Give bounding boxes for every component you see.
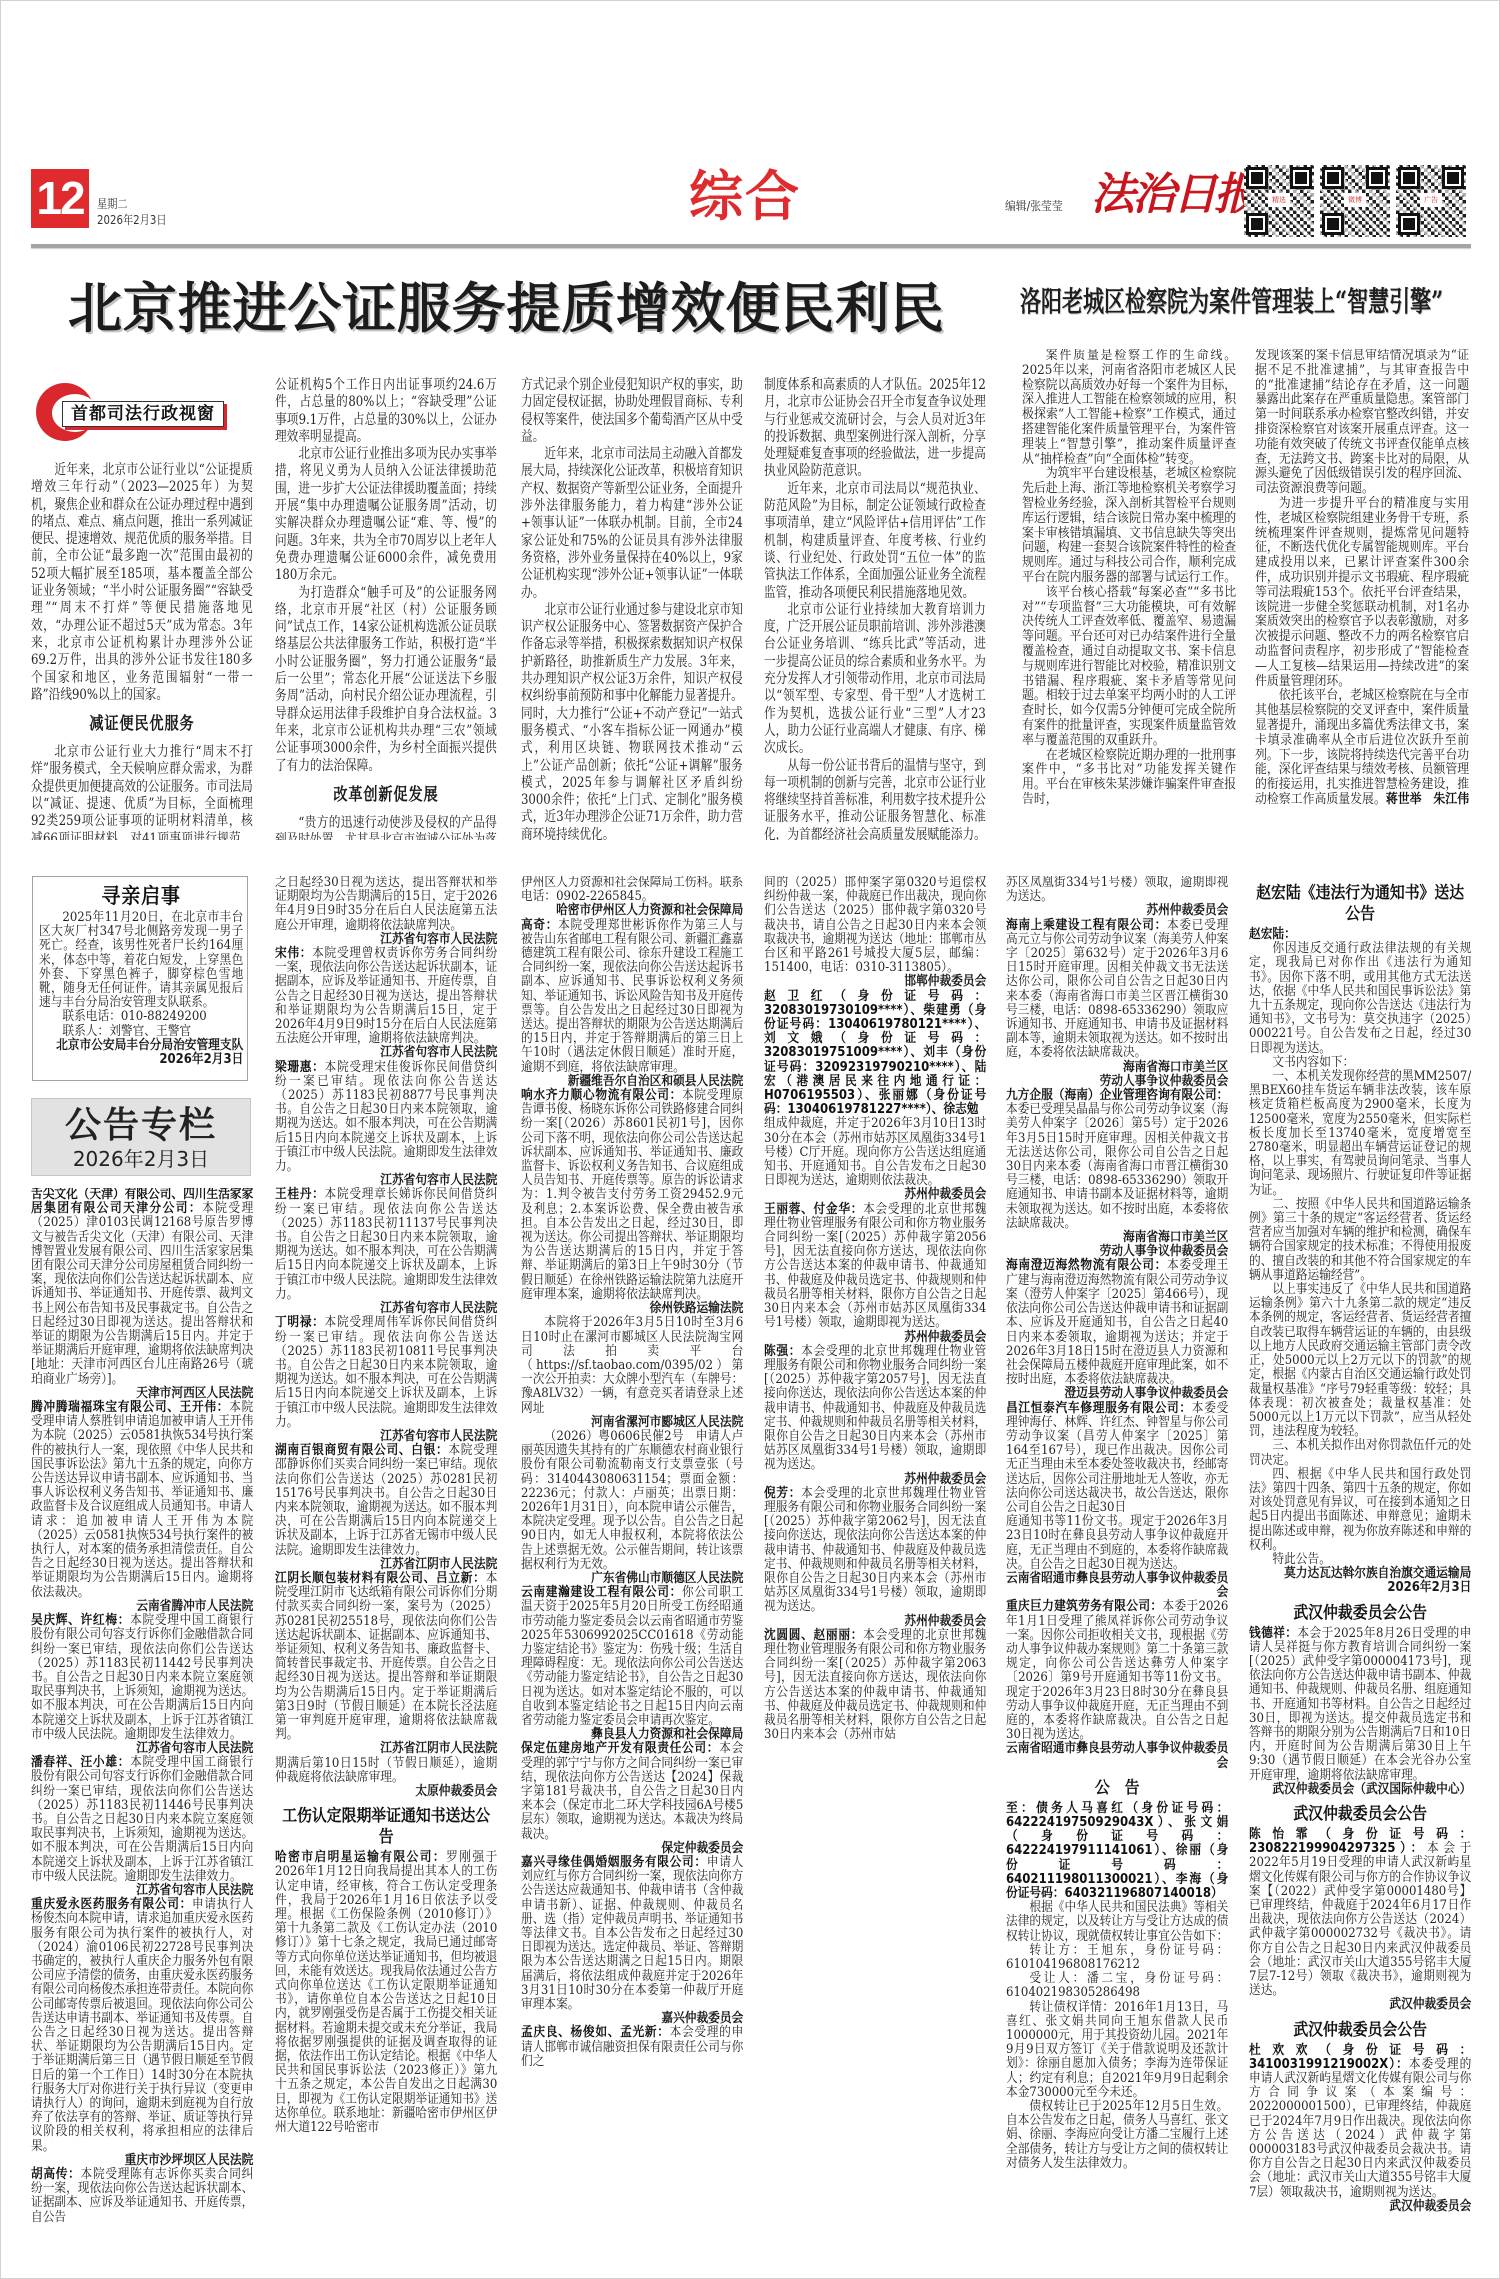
paragraph: 三、本机关拟作出对你罚款伍仟元的处罚决定。 <box>1249 1439 1471 1467</box>
notice-party: 保定伍建房地产开发有限责任公司： <box>521 1741 719 1756</box>
issuer-signature: 江苏省句容市人民法院 <box>275 1046 497 1060</box>
notice-item: 重庆巨力建筑劳务有限公司：本委于2026年1月1日受理了熊凤祥诉你公司劳动争议一… <box>1006 1600 1228 1742</box>
notice-body: 申请执行人杨俊杰向本院申请，请求追加重庆爱永医药服务有限公司为执行案件的被执行人… <box>31 1897 253 2153</box>
notice-body: 本院受理江阴市飞达纸箱有限公司诉你们分期付款买卖合同纠纷一案，案号为（2025）… <box>275 1571 497 1742</box>
newspaper-page: 12 星期二 2026年2月3日 综合 编辑/张莹莹 法治日报 精选 微博 广告… <box>0 0 1500 2279</box>
main-article-column-1: 近年来，北京市公证行业以“公证提质增效三年行动”（2023—2025年）为契机，… <box>31 462 253 840</box>
notice-party: 湖南百银商贸有限公司、白银： <box>275 1443 448 1458</box>
notice-item: 宋伟：本院受理曾权责诉你劳务合同纠纷一案，现依法向你公告送达起诉状副本，证据副本… <box>275 947 497 1046</box>
notice-item: 倪芳：本会受理的北京世邦魏理仕物业管理服务有限公司和你物业服务合同纠纷一案[（2… <box>764 1487 986 1615</box>
notice-body: 本会于2022年5月19日受理的申请人武汉新屿星熠文化传媒有限公司与你方的合作协… <box>1249 1841 1471 1998</box>
notice-item: 丁明禄：本院受理周伟军诉你民间借贷纠纷一案已审结。现依法向你公告送达（2025）… <box>275 1316 497 1430</box>
main-article-column-2: 公证机构5个工作日内出证事项约24.6万件，占总量的80%以上；“容缺受理”公证… <box>275 377 497 840</box>
notice-body: 本院受理郑世彬诉你作为第三人与被告山东省邮电工程有限公司、新疆汇鑫嘉德建筑工程有… <box>521 918 743 1075</box>
notice-body: 本院受理邵静诉你们买卖合同纠纷一案已审结。现依法向你们公告送达（2025）苏02… <box>275 1443 497 1557</box>
subheading: 减证便民优服务 <box>31 713 253 735</box>
notice-item: 梁珊惠：本院受理宋佳俊诉你民间借贷纠纷一案已审结。现依法向你公告送达（2025）… <box>275 1061 497 1175</box>
paragraph: 债权转让已于2025年12月5日生效。自本公告发布之日起，债务人马喜红、张文娟、… <box>1006 2100 1228 2171</box>
qr-code-icon: 广告 <box>1396 165 1466 237</box>
paragraph: 北京市公证行业持续加大教育培训力度，广泛开展公证员职前培训、涉外涉港澳台公证业务… <box>764 602 986 758</box>
issuer-signature: 云南省昭通市彝良县劳动人事争议仲裁委员会 <box>1006 1572 1228 1600</box>
paragraph-continued: 苏区凤凰街334号1号楼）领取，逾期即视为送达。 <box>1006 876 1228 904</box>
notice-body: 罗刚强于2026年1月12日向我局提出其本人的工伤认定申请，经审核，符合工伤认定… <box>275 1850 497 2135</box>
notice-title: 赵宏陆《违法行为通知书》送达公告 <box>1249 882 1471 924</box>
notice-item: 高奇：本院受理郑世彬诉你作为第三人与被告山东省邮电工程有限公司、新疆汇鑫嘉德建筑… <box>521 919 743 1075</box>
qr-code-group: 精选 微博 广告 <box>1244 165 1466 237</box>
paragraph-continued: 公证机构5个工作日内出证事项约24.6万件，占总量的80%以上；“容缺受理”公证… <box>275 377 497 446</box>
paragraph-continued: 制度体系和高素质的人才队伍。2025年12月，北京市公证协会召开全市复查争议处理… <box>764 377 986 481</box>
notice-item: 九方企服（海南）企业管理咨询有限公司：本委已受理吴晶晶与你公司劳动争议案（海美劳… <box>1006 1089 1228 1231</box>
main-article-column-4: 制度体系和高素质的人才队伍。2025年12月，北京市公证协会召开全市复查争议处理… <box>764 377 986 840</box>
side-article-column-1: 案件质量是检察工作的生命线。2025年以来，河南省洛阳市老城区人民检察院以高质效… <box>1022 349 1236 844</box>
notice-column-1: 舌尖文化（天津）有限公司、四川生活家家居集团有限公司天津分公司：本院受理（202… <box>31 1188 253 2233</box>
notice-party: 哈密市启明星运输有限公司： <box>275 1850 446 1865</box>
issuer-signature: 邯郸仲裁委员会 <box>764 975 986 989</box>
notice-party: 高奇： <box>521 918 558 933</box>
notice-party: 海南澄迈海然物流有限公司： <box>1006 1258 1167 1273</box>
notice-body: 本会受理的北京世邦魏理仕物业管理服务有限公司和你物业服务合同纠纷一案[（2025… <box>764 1486 986 1615</box>
paragraph: 根据《中华人民共和国民法典》等相关法律的规定，以及转让方与受让方达成的债权转让协… <box>1006 1901 1228 1944</box>
notice-party: 昌江恒泰汽车修理服务有限公司： <box>1006 1401 1192 1416</box>
missing-person-notice: 寻亲启事 2025年11月20日，在北京市丰台区大灰厂村347号北侧路旁发现一男… <box>32 876 248 1081</box>
notice-body: 本院受理周伟军诉你民间借贷纠纷一案已审结。现依法向你公告送达（2025）苏118… <box>275 1315 497 1429</box>
notice-party: 江阴长顺包装材料有限公司、吕立新： <box>275 1571 486 1586</box>
notice-body: 本院受理中国工商银行股份有限公司句容支行诉你们金融借款合同纠纷一案已审结，现依法… <box>31 1613 253 1742</box>
paragraph: 近年来，北京市司法局主动融入首都发展大局，持续深化公证改革，积极培育知识产权、数… <box>521 446 743 602</box>
addressee-line: 至：债务人马喜红（身份证号码：64222419750929043X）、张文娟（身… <box>1006 1802 1228 1901</box>
section-title: 综合 <box>689 165 801 229</box>
issue-date: 2026年2月3日 <box>97 213 167 227</box>
paragraph: 你因违反交通行政法律法规的有关规定，现我局已对你作出《违法行为通知书》。因你下落… <box>1249 942 1471 1056</box>
notice-party: 重庆巨力建筑劳务有限公司： <box>1006 1599 1162 1614</box>
notice-item: 海南澄迈海然物流有限公司：本委受理王广建与海南澄迈海然物流有限公司劳动争议案（澄… <box>1006 1259 1228 1387</box>
notice-item: 腾冲腾瑞福珠宝有限公司、王开伟：本院受理申请人蔡胜钊申请追加被申请人王开伟为本院… <box>31 1401 253 1600</box>
issuer-signature: 苏州仲裁委员会 <box>764 1188 986 1202</box>
notice-body: 本会受理的北京世邦魏理仕物业管理服务有限公司和你方物业服务合同纠纷一案[（202… <box>764 1202 986 1331</box>
paragraph-continued: 庭通知书等11份文书。现定于2026年3月23日10时在彝良县劳动人事争议仲裁庭… <box>1006 1515 1228 1572</box>
notice-body: 本院受理申请人蔡胜钊申请追加被申请人王开伟为本院（2025）云0581执恢534… <box>31 1400 253 1600</box>
notice-body: 本委受理王广建与海南澄迈海然物流有限公司劳动争议案（澄劳人仲案字〔2025〕第4… <box>1006 1258 1228 1387</box>
notice-body: 本院受理章长娣诉你民间借贷纠纷一案已审结。现依法向你公告送达（2025）苏118… <box>275 1187 497 1301</box>
notice-title: 武汉仲裁委员会公告 <box>1249 1602 1471 1623</box>
notice-party: 云南建瀚建设工程有限公司： <box>521 1585 682 1600</box>
notice-party: 响水齐力顺心物流有限公司： <box>521 1088 682 1103</box>
issuer-signature: 天津市河西区人民法院 <box>31 1387 253 1401</box>
issuer-signature: 云南省腾冲市人民法院 <box>31 1600 253 1614</box>
editor-credit: 编辑/张莹莹 <box>1005 199 1063 213</box>
main-article-column-3: 方式记录个别企业侵犯知识产权的事实，助力固定侵权证据，协助处理假冒商标、专利侵权… <box>521 377 743 840</box>
notice-item: 王丽蓉、付金华：本会受理的北京世邦魏理仕物业管理服务有限公司和你方物业服务合同纠… <box>764 1203 986 1331</box>
paragraph: 近年来，北京市公证行业以“公证提质增效三年行动”（2023—2025年）为契机，… <box>31 462 253 704</box>
notice-party: 九方企服（海南）企业管理咨询有限公司： <box>1006 1088 1228 1103</box>
issuer-signature: 澄迈县劳动人事争议仲裁委员会 <box>1006 1387 1228 1401</box>
paragraph: 从每一份公证书背后的温情与坚守，到每一项机制的创新与完善，北京市公证行业将继续坚… <box>764 758 986 840</box>
notice-body: 本委已受理吴晶晶与你公司劳动争议案（海美劳人仲案字〔2026〕第5号）定于202… <box>1006 1102 1228 1231</box>
notice-body: 本会受理的郭宁宁与你方之间合同纠纷一案已审结，现依法向你方公告送达【2024】保… <box>521 1741 743 1841</box>
notice-column-date: 2026年2月3日 <box>32 1147 250 1171</box>
notice-party: 宋伟： <box>275 946 312 961</box>
side-headline: 洛阳老城区检察院为案件管理装上“智慧引擎” <box>1020 284 1443 320</box>
missing-person-body: 2025年11月20日，在北京市丰台区大灰厂村347号北侧路旁发现一男子死亡。经… <box>39 911 243 1010</box>
issuer-signature: 河南省漯河市郾城区人民法院 <box>521 1416 743 1430</box>
notice-item: 保定伍建房地产开发有限责任公司：本会受理的郭宁宁与你方之间合同纠纷一案已审结，现… <box>521 1742 743 1841</box>
paragraph: （2026）粤0606民催2号 申请人卢丽英因遗失其持有的广东顺德农村商业银行股… <box>521 1430 743 1572</box>
notice-body: 本院受理曾权责诉你劳务合同纠纷一案，现依法向你公告送达起诉状副本，证据副本，应诉… <box>275 946 497 1046</box>
masthead-logo: 法治日报 <box>1091 163 1255 227</box>
notice-party: 倪芳： <box>764 1486 801 1501</box>
notice-column-6: 赵宏陆《违法行为通知书》送达公告赵宏陆：你因违反交通行政法律法规的有关规定，现我… <box>1249 876 1471 2233</box>
issuer-signature: 武汉仲裁委员会 <box>1249 1998 1471 2012</box>
paragraph: 本院将于2026年3月5日10时至3月6日10时止在漯河市郾城区人民法院淘宝网司… <box>521 1316 743 1415</box>
paragraph: 一、本机关发现你经营的黑MM2507/黑BEX60挂车货运车辆非法改装，该车原核… <box>1249 1070 1471 1198</box>
paragraph: 特此公告。 <box>1249 1553 1471 1567</box>
paragraph: 二、按照《中华人民共和国道路运输条例》第三十条的规定“客运经营者、货运经营者应当… <box>1249 1198 1471 1283</box>
notice-item: 赵卫红（身份证号码：32083019730109****）、柴建勇（身份证号码：… <box>764 990 986 1118</box>
notice-item: 昌江恒泰汽车修理服务有限公司：本委受理钟海仔、林辉、许红杰、钟智星与你公司劳动争… <box>1006 1402 1228 1516</box>
notice-body: 本委受理钟海仔、林辉、许红杰、钟智星与你公司劳动争议案（昌劳人仲案字〔2025〕… <box>1006 1401 1228 1515</box>
issuer-date: 2026年2月3日 <box>39 1053 243 1067</box>
paragraph: 依托该平台，老城区检察院在与全市其他基层检察院的交叉评查中，案件质量显著提升，涌… <box>1255 689 1469 807</box>
notice-item: 杜欢欢（身份证号码：3410031991219002X）：本委受理的申请人武汉新… <box>1249 2044 1471 2200</box>
notice-item: 哈密市启明星运输有限公司：罗刚强于2026年1月12日向我局提出其本人的工伤认定… <box>275 1851 497 2135</box>
paragraph: 四、根据《中华人民共和国行政处罚法》第四十四条、第四十五条的规定，你如对该处罚意… <box>1249 1468 1471 1553</box>
paragraph-continued: 期满后第10日15时（节假日顺延），逾期仲裁庭将依法缺席审理。 <box>275 1757 497 1785</box>
notice-item: 湖南百银商贸有限公司、白银：本院受理邵静诉你们买卖合同纠纷一案已审结。现依法向你… <box>275 1444 497 1558</box>
notice-column-4: 间的（2025）邯仲案字第0320号追偿权纠纷仲裁一案，仲裁庭已作出裁决，现向你… <box>764 876 986 2233</box>
paragraph-continued: 组成仲裁庭，并定于2026年3月10日13时30分在本会（苏州市姑苏区凤凰街33… <box>764 1117 986 1188</box>
issuer-signature: 苏州仲裁委员会 <box>764 1331 986 1345</box>
paragraph: 在老城区检察院近期办理的一批刑事案件中，“多书比对”功能发挥关键作用。平台在审核… <box>1022 749 1236 808</box>
notice-body: 本会于2025年8月26日受理的申请人吴祥挺与你方教育培训合同纠纷一案[（202… <box>1249 1626 1471 1783</box>
qr-code-icon: 精选 <box>1244 165 1314 237</box>
notice-body: 本委于2026年1月1日受理了熊凤祥诉你公司劳动争议一案。因你公司拒收相关文书，… <box>1006 1599 1228 1742</box>
issuer-signature: 哈密市伊州区人力资源和社会保障局 <box>521 904 743 918</box>
issuer-signature: 江苏省句容市人民法院 <box>275 1430 497 1444</box>
paragraph-continued: 之日起经30日视为送达，提出答辩状和举证期限均为公告期满后的15日，定于2026… <box>275 876 497 933</box>
qr-label: 广告 <box>1420 193 1442 207</box>
notice-body: 本院受理中国工商银行股份有限公司句容支行诉你们金融借款合同纠纷一案已审结，现依法… <box>31 1755 253 1884</box>
paragraph: 该平台核心搭载“每案必查”“多书比对”“专项监督”三大功能模块，可有效解决传统人… <box>1022 586 1236 749</box>
paragraph: 以上事实违反了《中华人民共和国道路运输条例》第六十九条第二款的规定“违反本条例的… <box>1249 1283 1471 1439</box>
notice-item: 嘉兴寻缘佳偶婚姻服务有限公司：申请人刘应红与你方合同纠纷一案，现依法向你方公告送… <box>521 1856 743 2012</box>
paragraph: 转让债权详情：2016年1月13日，马喜红、张文娟共同向王旭东借款人民币1000… <box>1006 2001 1228 2100</box>
notice-column-2: 之日起经30日视为送达，提出答辩状和举证期限均为公告期满后的15日，定于2026… <box>275 876 497 2233</box>
notice-item: 沈圆圆、赵丽丽：本会受理的北京世邦魏理仕物业管理服务有限公司和你方物业服务合同纠… <box>764 1629 986 1743</box>
notice-title: 公 告 <box>1006 1777 1228 1798</box>
notice-item: 吴庆辉、许红梅：本院受理中国工商银行股份有限公司句容支行诉你们金融借款合同纠纷一… <box>31 1614 253 1742</box>
paragraph: 北京市公证行业大力推行“周末不打烊”服务模式，全天候响应群众需求，为群众提供更加… <box>31 744 253 840</box>
notice-party: 吴庆辉、许红梅： <box>31 1613 130 1628</box>
notice-item: 陈怡霏（身份证号码：230822199904297325）：本会于2022年5月… <box>1249 1828 1471 1998</box>
header-rule <box>31 244 1471 248</box>
issuer-signature: 新疆维吾尔自治区和硕县人民法院 <box>521 1075 743 1089</box>
notice-party: 腾冲腾瑞福珠宝有限公司、王开伟： <box>31 1400 229 1415</box>
issuer-signature: 苏州仲裁委员会 <box>764 1473 986 1487</box>
paragraph-continued: 方式记录个别企业侵犯知识产权的事实，助力固定侵权证据，协助处理假冒商标、专利侵权… <box>521 377 743 446</box>
notice-item: 钱德祥：本会于2025年8月26日受理的申请人吴祥挺与你方教育培训合同纠纷一案[… <box>1249 1627 1471 1783</box>
notice-party: 潘春祥、汪小雄： <box>31 1755 130 1770</box>
notice-item: 胡高传：本院受理陈有志诉你买卖合同纠纷一案，现依法向你公告送达起诉状副本、证据副… <box>31 2168 253 2225</box>
notice-item: 海南上乘建设工程有限公司：本委已受理高元立与你公司劳动争议案（海美劳人仲案字〔2… <box>1006 919 1228 1061</box>
contact-phone: 联系电话：010-88249200 <box>39 1010 243 1024</box>
column-badge: 首都司法行政视窗 <box>36 383 228 443</box>
notice-party: 丁明禄： <box>275 1315 325 1330</box>
issuer-signature: 苏州仲裁委员会 <box>764 1615 986 1629</box>
issuer-signature: 劳动人事争议仲裁委员会 <box>1006 1075 1228 1089</box>
missing-person-title: 寻亲启事 <box>39 881 243 911</box>
notice-item: 潘春祥、汪小雄：本院受理中国工商银行股份有限公司句容支行诉你们金融借款合同纠纷一… <box>31 1756 253 1884</box>
paragraph: “贵方的迅速行动使涉及侵权的产品得到及时处置，尤其是北京市海诚公证处为落实此项目… <box>275 815 497 840</box>
weekday: 星期二 <box>97 197 128 211</box>
paragraph: 近年来，北京市司法局以“规范执业、防范风险”为目标，制定公证领域行政检查事项清单… <box>764 481 986 602</box>
notice-body: 你公司职工温天资于2025年5月20日所受工伤经昭通市劳动能力鉴定委员会以云南省… <box>521 1585 743 1728</box>
notice-item: 江阴长顺包装材料有限公司、吕立新：本院受理江阴市飞达纸箱有限公司诉你们分期付款买… <box>275 1572 497 1742</box>
notice-title: 武汉仲裁委员会公告 <box>1249 2019 1471 2040</box>
notice-party: 重庆爱永医药服务有限公司： <box>31 1897 192 1912</box>
issuer-signature: 海南省海口市美兰区 <box>1006 1061 1228 1075</box>
notice-party: 海南上乘建设工程有限公司： <box>1006 918 1167 933</box>
notice-party: 陈强： <box>764 1344 801 1359</box>
notice-body: 本会受理的北京世邦魏理仕物业管理服务有限公司和你方物业服务合同纠纷一案[（202… <box>764 1628 986 1742</box>
paragraph: 北京市公证行业推出多项为民办实事举措，将见义勇为人员纳入公证法律援助范围，进一步… <box>275 446 497 584</box>
issuer-signature: 保定仲裁委员会 <box>521 1842 743 1856</box>
issuer-signature: 2026年2月3日 <box>1249 1581 1471 1595</box>
paragraph: 受让人：潘二宝，身份证号码：610402198305286498 <box>1006 1972 1228 2000</box>
qr-label: 精选 <box>1268 193 1290 207</box>
notice-column-title: 公告专栏 <box>32 1103 250 1147</box>
qr-code-icon: 微博 <box>1320 165 1390 237</box>
page-number: 12 <box>31 169 89 228</box>
contact-person: 联系人：刘警官、王警官 <box>39 1025 243 1039</box>
issuer-signature: 武汉仲裁委员会 <box>1249 2200 1471 2214</box>
notice-column-header: 公告专栏 2026年2月3日 <box>31 1098 251 1176</box>
notice-party: 梁珊惠： <box>275 1060 325 1075</box>
paragraph: 为筑牢平台建设根基，老城区检察院先后赴上海、浙江等地检察机关考察学习智检业务经验… <box>1022 467 1236 585</box>
paragraph: 北京市公证行业通过参与建设北京市知识产权公证服务中心、签署数据资产保护合作备忘录… <box>521 602 743 840</box>
subheading: 改革创新促发展 <box>275 784 497 806</box>
notice-body: 本委已受理高元立与你公司劳动争议案（海美劳人仲案字〔2025〕第632号）定于2… <box>1006 918 1228 1061</box>
issuer-signature: 江苏省江阴市人民法院 <box>275 1558 497 1572</box>
issuer-signature: 太原仲裁委员会 <box>275 1785 497 1799</box>
notice-body: 本院受理（2025）津0103民调12168号原告罗博文与被告舌尖文化（天津）有… <box>31 1201 253 1386</box>
paragraph-continued: 间的（2025）邯仲案字第0320号追偿权纠纷仲裁一案，仲裁庭已作出裁决，现向你… <box>764 876 986 975</box>
notice-item: 孟庆良、杨俊如、孟光新：本会受理的申请人邯郸市诚信融资担保有限责任公司与你们之 <box>521 2026 743 2069</box>
notice-item: 舌尖文化（天津）有限公司、四川生活家家居集团有限公司天津分公司：本院受理（202… <box>31 1188 253 1387</box>
issuer-signature: 江苏省江阴市人民法院 <box>275 1742 497 1756</box>
notice-party: 赵卫红（身份证号码：32083019730109****）、柴建勇（身份证号码：… <box>764 989 986 1118</box>
notice-item: 云南建瀚建设工程有限公司：你公司职工温天资于2025年5月20日所受工伤经昭通市… <box>521 1586 743 1728</box>
main-headline: 北京推进公证服务提质增效便民利民 <box>68 277 945 339</box>
notice-party: 钱德祥： <box>1249 1626 1297 1641</box>
notice-party: 孟庆良、杨俊如、孟光新： <box>521 2025 670 2040</box>
issuer-signature: 苏州仲裁委员会 <box>1006 904 1228 918</box>
notice-body: 本会受理的北京世邦魏理仕物业管理服务有限公司和你物业服务合同纠纷一案[（2025… <box>764 1344 986 1473</box>
issuer-signature: 武汉仲裁委员会（武汉国际仲裁中心） <box>1249 1783 1471 1797</box>
issuer-signature: 云南省昭通市彝良县劳动人事争议仲裁委员会 <box>1006 1742 1228 1770</box>
badge-label: 首都司法行政视窗 <box>62 401 224 427</box>
paragraph-continued: 伊州区人力资源和社会保障局工伤科。联系电话：0902-2265845。 <box>521 876 743 904</box>
notice-party: 王桂丹： <box>275 1187 325 1202</box>
notice-item: 响水齐力顺心物流有限公司：本院受理原告谭书俊、杨晓东诉你公司铁路修建合同纠纷一案… <box>521 1089 743 1302</box>
issuer-signature: 北京市公安局丰台分局治安管理支队 <box>39 1039 243 1053</box>
notice-column-5: 苏区凤凰街334号1号楼）领取，逾期即视为送达。苏州仲裁委员会海南上乘建设工程有… <box>1006 876 1228 2233</box>
paragraph: 文书内容如下： <box>1249 1056 1471 1070</box>
notice-item: 陈强：本会受理的北京世邦魏理仕物业管理服务有限公司和你物业服务合同纠纷一案[（2… <box>764 1345 986 1473</box>
side-article-column-2: 发现该案的案卡信息审结情况填录为“证据不足不批准逮捕”，与其审查报告中的“批准逮… <box>1255 349 1469 844</box>
issuer-signature: 重庆市沙坪坝区人民法院 <box>31 2154 253 2168</box>
qr-label: 微博 <box>1344 193 1366 207</box>
notice-body: 申请人刘应红与你方合同纠纷一案，现依法向你方公告送达应裁通知书、仲裁申请书（含仲… <box>521 1855 743 2012</box>
notice-column-3: 伊州区人力资源和社会保障局工伤科。联系电话：0902-2265845。哈密市伊州… <box>521 876 743 2233</box>
notice-body: 本院受理宋佳俊诉你民间借贷纠纷一案已审结。现依法向你公告送达（2025）苏118… <box>275 1060 497 1174</box>
notice-title: 武汉仲裁委员会公告 <box>1249 1803 1471 1824</box>
paragraph: 为进一步提升平台的精准度与实用性，老城区检察院组建业务骨干专班，系统梳理案件评查… <box>1255 497 1469 689</box>
issuer-signature: 江苏省句容市人民法院 <box>31 1742 253 1756</box>
notice-party: 嘉兴寻缘佳偶婚姻服务有限公司： <box>521 1855 707 1870</box>
notice-body: 本院受理原告谭书俊、杨晓东诉你公司铁路修建合同纠纷一案[（2026）苏8601民… <box>521 1088 743 1302</box>
paragraph: 为打造群众“触手可及”的公证服务网络，北京市开展“社区（村）公证服务顾问”试点工… <box>275 585 497 775</box>
notice-title: 工伤认定限期举证通知书送达公告 <box>275 1805 497 1847</box>
notice-item: 王桂丹：本院受理章长娣诉你民间借贷纠纷一案已审结。现依法向你公告送达（2025）… <box>275 1188 497 1302</box>
paragraph: 转让方：王旭东，身份证号码：610104196808176212 <box>1006 1944 1228 1972</box>
notice-party: 王丽蓉、付金华： <box>764 1202 863 1217</box>
notice-party: 胡高传： <box>31 2167 81 2182</box>
notice-item: 重庆爱永医药服务有限公司：申请执行人杨俊杰向本院申请，请求追加重庆爱永医药服务有… <box>31 1898 253 2154</box>
notice-party: 沈圆圆、赵丽丽： <box>764 1628 863 1643</box>
issuer-signature: 江苏省句容市人民法院 <box>275 933 497 947</box>
paragraph-continued: 发现该案的案卡信息审结情况填录为“证据不足不批准逮捕”，与其审查报告中的“批准逮… <box>1255 349 1469 497</box>
notice-body: 本委受理的申请人武汉新屿星熠文化传媒有限公司与你方合同争议案（本案编号：2022… <box>1249 2057 1471 2200</box>
paragraph: 案件质量是检察工作的生命线。2025年以来，河南省洛阳市老城区人民检察院以高质效… <box>1022 349 1236 467</box>
